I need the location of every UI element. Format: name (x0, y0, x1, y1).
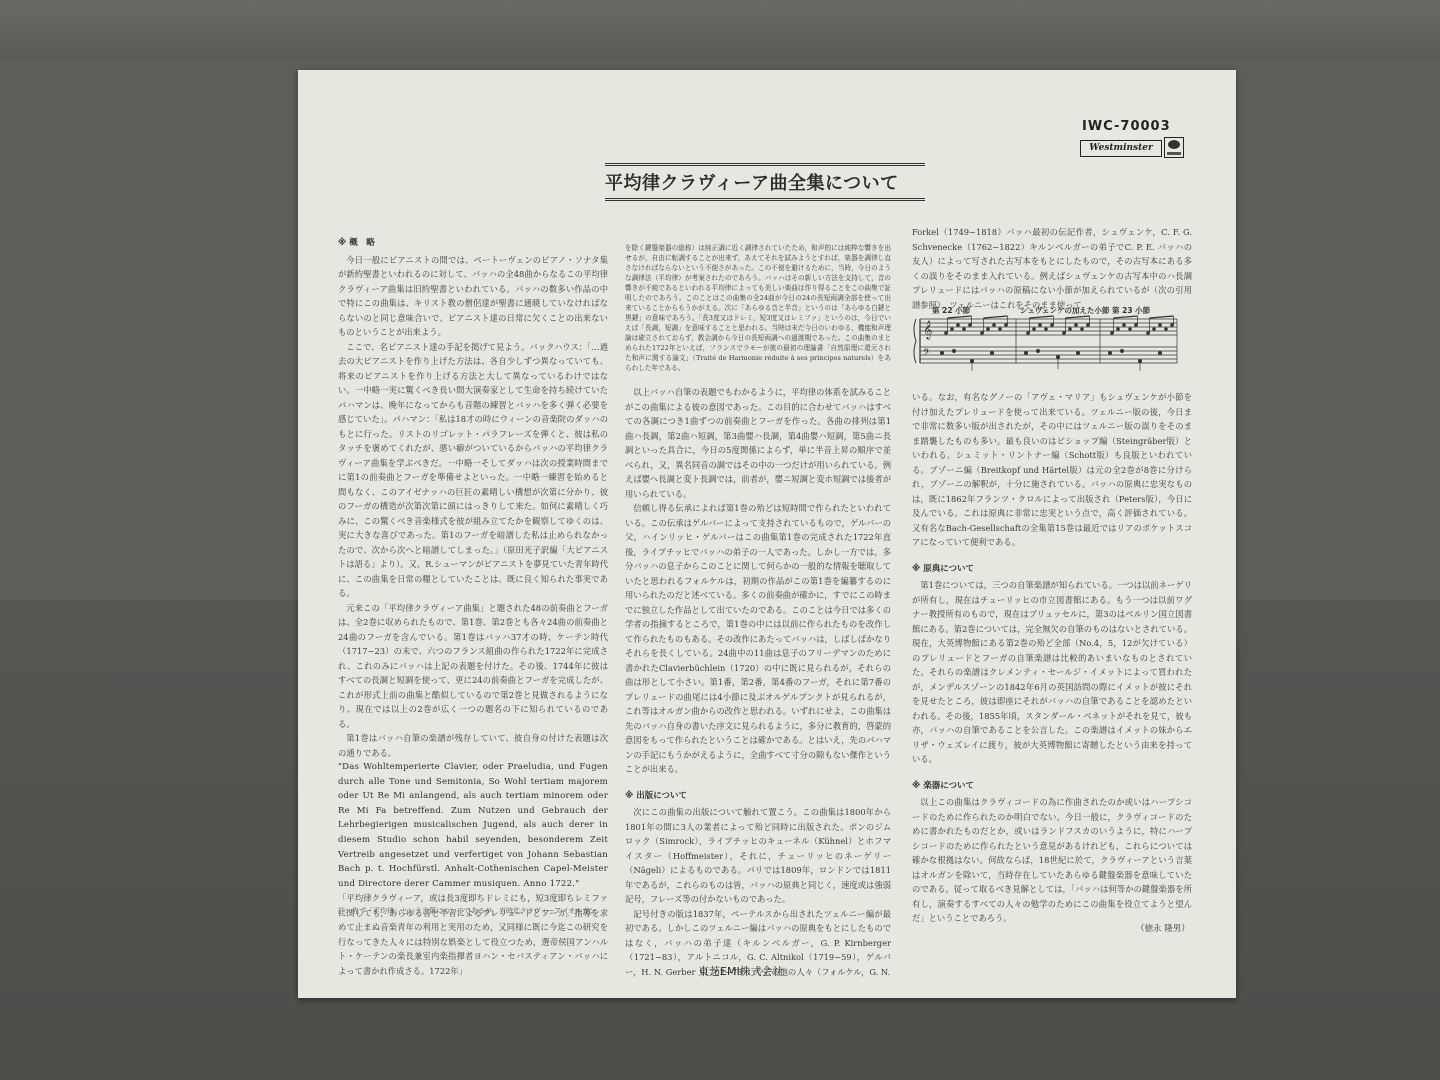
paragraph: 次にこの曲集の出版について触れて置こう。この曲集は1800年から1801年の間に… (625, 805, 891, 907)
paragraph: 以上この曲集はクラヴィコードの為に作曲されたのか或いはハープシコードのために作ら… (912, 795, 1192, 926)
paragraph: 以上バッハ自筆の表題でもわかるように，平均律の体系を試みることがこの曲集による彼… (625, 385, 891, 501)
paragraph: 今日一般にピアニストの間では、ベートーヴェンのピアノ・ソナタ集が新約聖書といわれ… (338, 253, 608, 340)
publisher-name: 東芝EMI株式会社 (698, 963, 784, 979)
paragraph: いる。なお，有名なグノーの「アヴェ・マリア」もシュヴェンケが小節を付け加えたプレ… (912, 390, 1192, 550)
paragraph: 信頼し得る伝承によれば第1巻の殆どは短時間で作られたといわれている。この伝承はゲ… (625, 501, 891, 777)
japanese-translation: 「平均律クラヴィーア，或は長3度即ちドレミにも，短3度即ちレミファに関しても，あ… (338, 891, 608, 978)
paragraph-continued: を除く鍵盤楽器の総称）は純正調に近く調律されていたため，和声的には純粋な響きを出… (625, 243, 891, 373)
title-rule-bottom (605, 198, 925, 201)
svg-text:𝄞: 𝄞 (923, 320, 932, 340)
paragraph: 第1巻については，三つの自筆楽譜が知られている。一つは以前ネーゲリが所有し，現在… (912, 578, 1192, 767)
page-title-block: 平均律クラヴィーア曲全集について (605, 163, 925, 201)
catalog-number: IWC-70003 (1082, 119, 1171, 134)
section-heading-overview: ※ 概 略 (338, 236, 608, 251)
column-overview: ※ 概 略 今日一般にピアニストの間では、ベートーヴェンのピアノ・ソナタ集が新約… (338, 236, 608, 978)
paragraph: ここで、名ピアニスト達の手記を掲げて見よう。バックハウス：「…過去の大ピアニスト… (338, 340, 608, 601)
author-credit: （徳永 隆男） (1136, 922, 1190, 934)
page-title: 平均律クラヴィーア曲全集について (605, 166, 925, 198)
section-heading-publishing: ※ 出版について (625, 789, 891, 804)
record-label-name: Westminster (1080, 140, 1162, 157)
german-title-quote: "Das Wohltemperierte Clavier, oder Prael… (338, 760, 608, 891)
music-score-icon: 第 22 小節 シュヴェンケの加えた小節 第 23 小節 𝄞 𝄢 (912, 305, 1184, 373)
svg-text:𝄢: 𝄢 (923, 347, 930, 360)
section-heading-sources: ※ 原典について (912, 562, 1192, 577)
footnote: 註：先ず「平均律」という言葉についてであるが，当時迄クラヴィーア（オルガン (338, 906, 608, 916)
paragraph: 第1巻はバッハ自筆の楽譜が残存していて、彼自身の付けた表題は次の通りである。 (338, 731, 608, 760)
paragraph: 元来この「平均律クラヴィーア曲集」と題された48の前奏曲とフーガは、全2巻に収め… (338, 601, 608, 732)
backdrop-wall (0, 0, 1440, 60)
section-heading-instruments: ※ 楽器について (912, 779, 1192, 794)
record-label-logo-icon (1164, 137, 1184, 158)
paragraph-continued: Forkel（1749−1818）バッハ最初の伝記作者，シュヴェンケ，C. F.… (912, 225, 1192, 312)
column-middle: を除く鍵盤楽器の総称）は純正調に近く調律されていたため，和声的には純粋な響きを出… (625, 243, 891, 979)
